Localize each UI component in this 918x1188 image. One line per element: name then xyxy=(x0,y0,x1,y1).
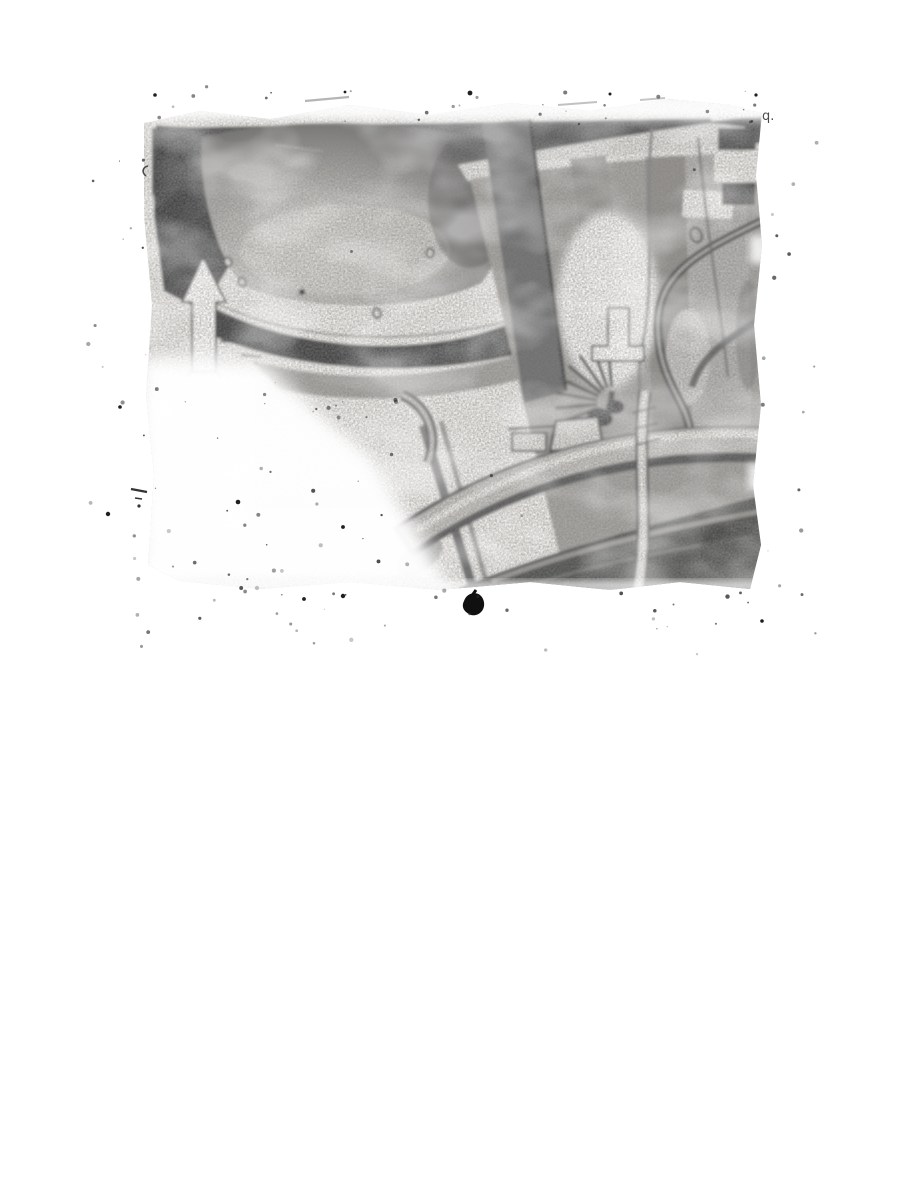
scanned-manual-page: q. xyxy=(0,0,918,1188)
vehicle-photo xyxy=(140,95,772,591)
page-scan: q. xyxy=(0,0,918,1188)
stray-print-mark: q. xyxy=(762,109,774,124)
right-notch-1 xyxy=(750,235,766,263)
bottom-fringe xyxy=(140,581,765,591)
print-streaks xyxy=(305,97,665,105)
right-notch-2 xyxy=(748,463,766,489)
ink-blot xyxy=(463,593,484,615)
margin-ticks xyxy=(131,489,147,508)
